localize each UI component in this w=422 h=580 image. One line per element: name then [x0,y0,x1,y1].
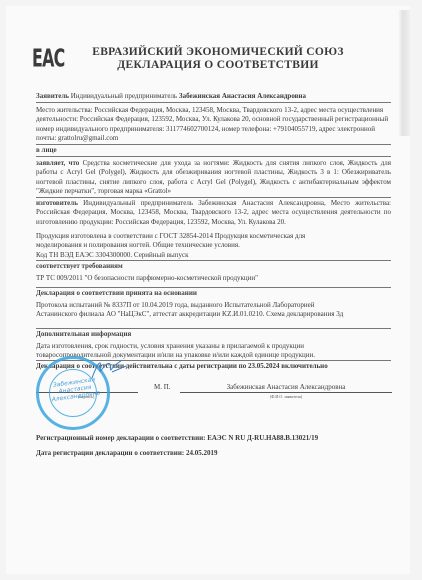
declares-text: Средства косметические для ухода за ногт… [36,159,391,195]
eac-logo-icon: ЕАС [32,47,48,75]
handwritten-signature-icon [88,356,128,382]
manufacturer-code: Код ТН ВЭД ЕАЭС 3304300000. Серийный вып… [36,251,391,260]
declaration-page: ЕАС ЕВРАЗИЙСКИЙ ЭКОНОМИЧЕСКИЙ СОЮЗ ДЕКЛА… [6,6,410,574]
code-divider [36,260,391,261]
manufacturer-text: Индивидуальный предприниматель Забежинск… [36,199,391,226]
registration-number: ЕАЭС N RU Д-RU.НА88.В.13021/19 [207,434,318,442]
name-line [180,392,392,393]
registration-date: 24.05.2019 [186,449,218,457]
manufacturer-row: изготовитель Индивидуальный предпринимат… [36,199,391,227]
registration-number-label: Регистрационный номер декларации о соотв… [36,434,206,442]
title-line-2: ДЕКЛАРАЦИЯ О СООТВЕТСТВИИ [86,59,350,72]
name-caption: (Ф.И.О. заявителя) [180,394,392,399]
details-divider [36,144,391,145]
document-title: ЕВРАЗИЙСКИЙ ЭКОНОМИЧЕСКИЙ СОЮЗ ДЕКЛАРАЦИ… [86,46,350,72]
title-line-1: ЕВРАЗИЙСКИЙ ЭКОНОМИЧЕСКИЙ СОЮЗ [86,46,350,59]
applicant-details: Место жительства: Российская Федерация, … [36,106,391,144]
declares-divider [36,197,391,198]
registration-date-label: Дата регистрации декларации о соответств… [36,449,184,457]
declares-row: заявляет, что Средства косметические для… [36,159,391,197]
in-person-label: в лице [36,146,391,155]
basis-divider [36,328,391,329]
declares-label: заявляет, что [36,159,79,167]
additional-label: Дополнительная информация [36,330,391,339]
applicant-name: Забежинская Анастасия Александровна [179,92,306,100]
in-person-divider [36,156,391,157]
applicant-row: Заявитель Индивидуальный предприниматель… [36,92,391,101]
applicant-type: Индивидуальный предприниматель [71,92,177,100]
requirements-label: соответствует требованиям [36,262,391,271]
signatory-name: Забежинская Анастасия Александровна [180,383,392,392]
requirements-divider [36,287,391,288]
document-header: ЕАС ЕВРАЗИЙСКИЙ ЭКОНОМИЧЕСКИЙ СОЮЗ ДЕКЛА… [6,42,410,78]
applicant-label: Заявитель [36,92,69,100]
basis-text: Протокола испытаний № 8337П от 10.04.201… [36,301,356,320]
manufacturer-standard: Продукция изготовлена в соответствии с Г… [36,232,336,251]
registration-date-row: Дата регистрации декларации о соответств… [36,449,391,458]
basis-label: Декларация о соответствии принята на осн… [36,289,391,298]
applicant-divider [36,102,391,103]
manufacturer-label: изготовитель [36,199,78,207]
requirements-text: ТР ТС 009/2011 "О безопасности парфюмерн… [36,274,391,283]
registration-number-row: Регистрационный номер декларации о соотв… [36,434,391,443]
